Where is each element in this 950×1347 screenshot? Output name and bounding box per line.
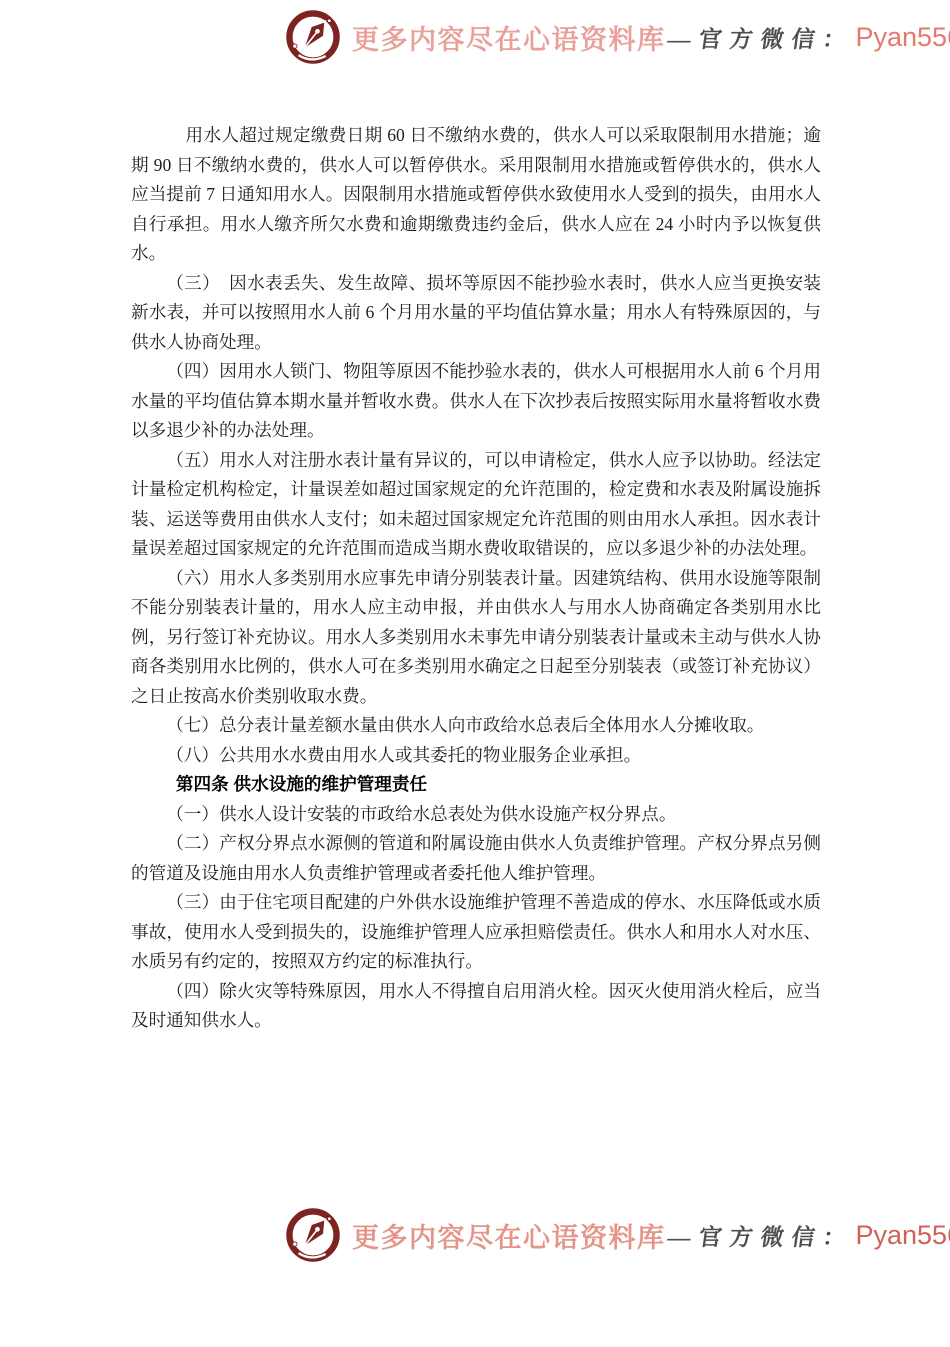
watermark-brand-text: 更多内容尽在心语资料库 [352, 1216, 666, 1255]
paragraph: （一）供水人设计安装的市政给水总表处为供水设施产权分界点。 [131, 800, 821, 830]
paragraph: （三） 因水表丢失、发生故障、损坏等原因不能抄验水表时，供水人应当更换安装新水表… [131, 269, 821, 358]
document-body: 用水人超过规定缴费日期 60 日不缴纳水费的，供水人可以采取限制用水措施；逾期 … [131, 121, 821, 1036]
paragraph: （四）除火灾等特殊原因，用水人不得擅自启用消火栓。因灭火使用消火栓后，应当及时通… [131, 977, 821, 1036]
document-page: 更多内容尽在心语资料库 —官方微信： Pyan556 用水人超过规定缴费日期 6… [0, 0, 950, 1347]
paragraph: 用水人超过规定缴费日期 60 日不缴纳水费的，供水人可以采取限制用水措施；逾期 … [131, 121, 821, 269]
watermark-wechat-label: —官方微信： [665, 21, 856, 54]
watermark-wechat-id: Pyan556 [856, 1220, 950, 1251]
paragraph: （八）公共用水水费由用水人或其委托的物业服务企业承担。 [131, 741, 821, 771]
watermark-footer: 更多内容尽在心语资料库 —官方微信： Pyan556 [283, 1206, 950, 1264]
watermark-wechat-label: —官方微信： [665, 1219, 856, 1252]
paragraph: （五）用水人对注册水表计量有异议的，可以申请检定，供水人应予以协助。经法定计量检… [131, 446, 821, 564]
section-heading: 第四条 供水设施的维护管理责任 [131, 770, 821, 800]
watermark-brand-text: 更多内容尽在心语资料库 [352, 18, 666, 57]
paragraph: （六）用水人多类别用水应事先申请分别装表计量。因建筑结构、供用水设施等限制不能分… [131, 564, 821, 712]
paragraph: （七）总分表计量差额水量由供水人向市政给水总表后全体用水人分摊收取。 [131, 711, 821, 741]
paragraph: （三）由于住宅项目配建的户外供水设施维护管理不善造成的停水、水压降低或水质事故，… [131, 888, 821, 977]
pen-logo-icon [283, 1206, 343, 1264]
watermark-header: 更多内容尽在心语资料库 —官方微信： Pyan556 [283, 8, 950, 66]
paragraph: （二）产权分界点水源侧的管道和附属设施由供水人负责维护管理。产权分界点另侧的管道… [131, 829, 821, 888]
pen-logo-icon [283, 8, 343, 66]
watermark-wechat-id: Pyan556 [856, 22, 950, 53]
paragraph: （四）因用水人锁门、物阻等原因不能抄验水表的，供水人可根据用水人前 6 个月用水… [131, 357, 821, 446]
